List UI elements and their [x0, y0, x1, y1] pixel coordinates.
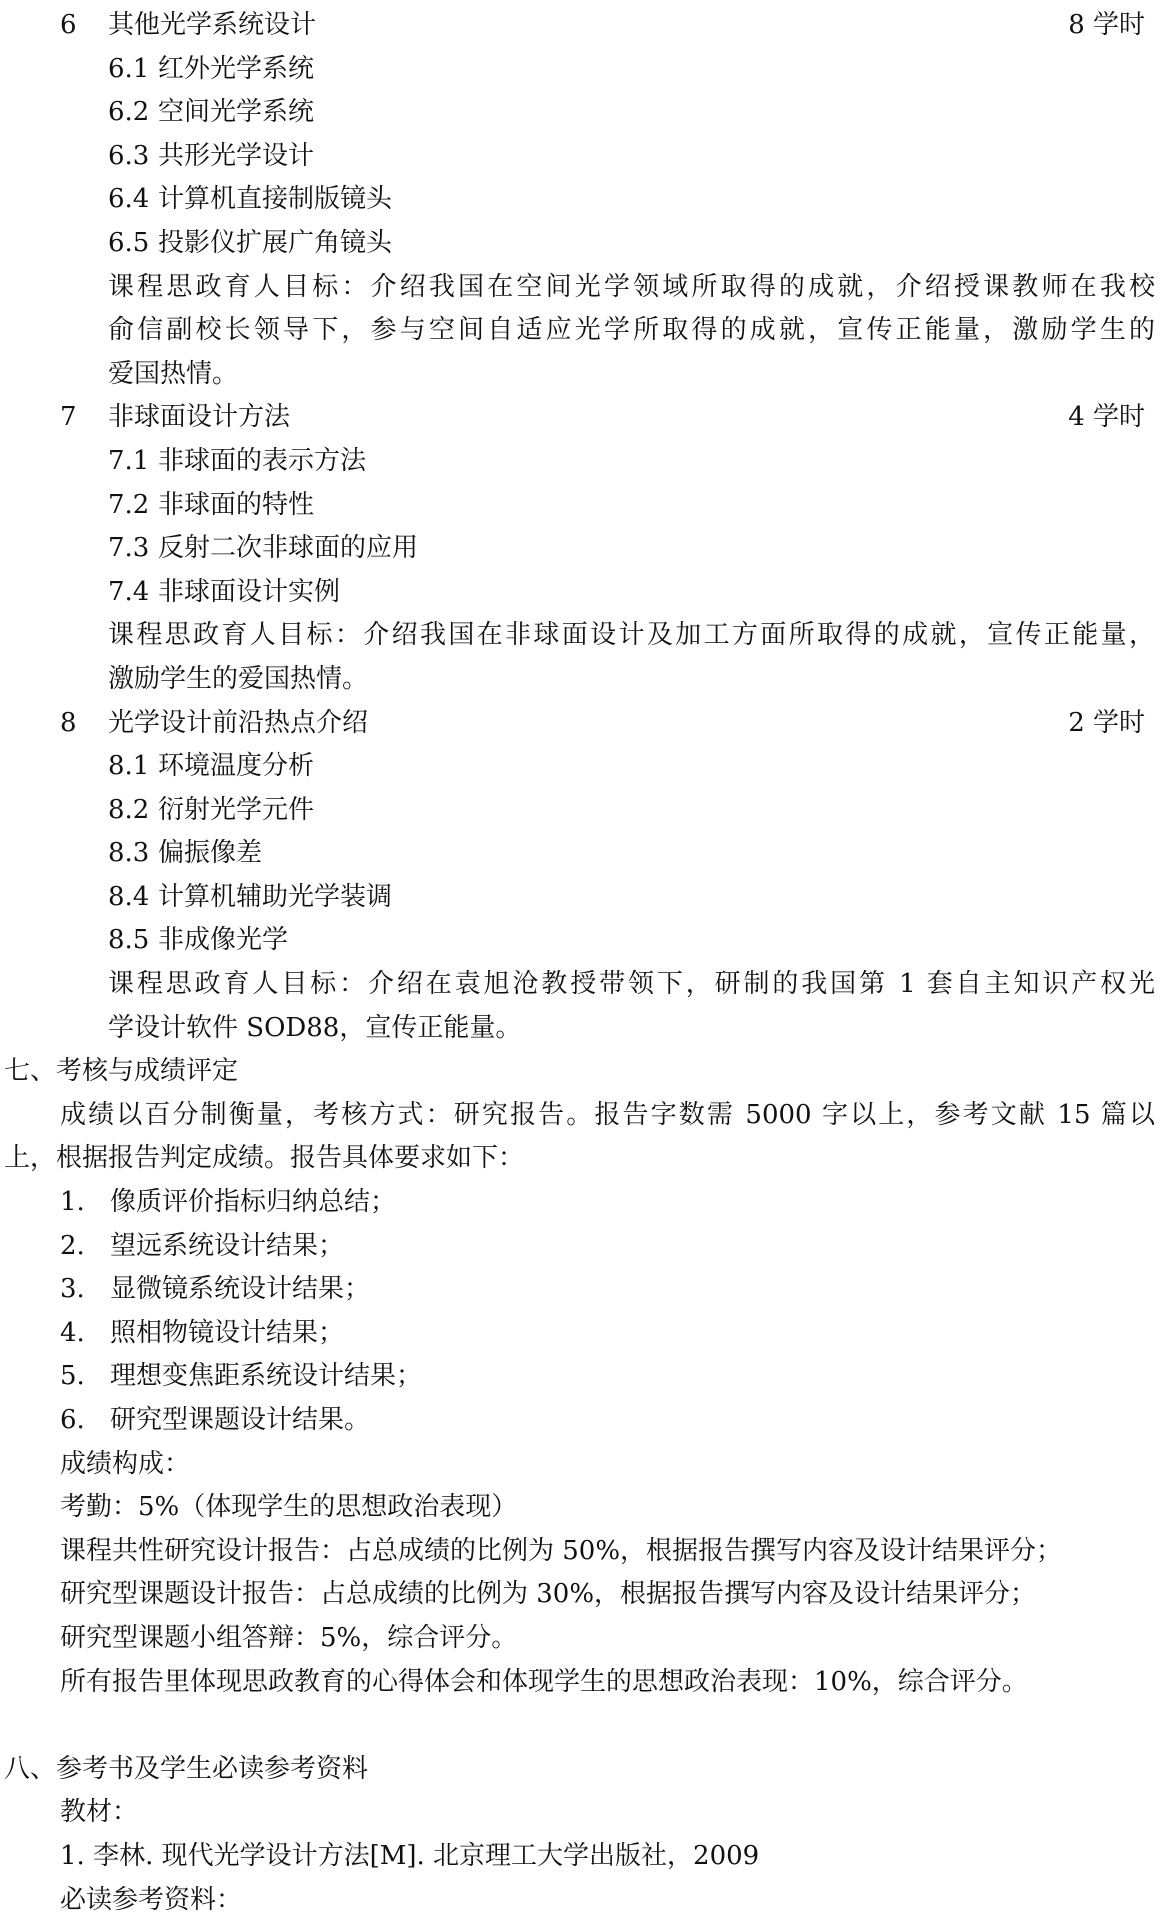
requirement-text: 像质评价指标归纳总结；	[110, 1187, 396, 1217]
spacer	[0, 1704, 1171, 1748]
goal-line: 课程思政育人目标：介绍我国在空间光学领域所取得的成就，介绍授课教师在我校	[0, 266, 1171, 310]
requirement-text: 望远系统设计结果；	[110, 1231, 344, 1261]
subsection-number: 6.4	[108, 178, 158, 222]
composition-item: 研究型课题小组答辩：5%，综合评分。	[0, 1617, 1171, 1661]
subsection-item: 8.1环境温度分析	[0, 745, 1171, 789]
requirement-item: 2.望远系统设计结果；	[0, 1225, 1171, 1269]
section-6-heading: 6其他光学系统设计 8 学时	[0, 4, 1171, 48]
subsection-item: 7.4非球面设计实例	[0, 571, 1171, 615]
subsection-number: 7.3	[108, 527, 158, 571]
goal-text: 课程思政育人目标：介绍在袁旭沧教授带领下，研制的我国第 1 套自主知识产权光	[108, 963, 1155, 1007]
section-hours: 2 学时	[1068, 702, 1145, 746]
section-number: 8	[60, 702, 108, 746]
subsection-item: 6.4计算机直接制版镜头	[0, 178, 1171, 222]
required-reading-label: 必读参考资料：	[0, 1879, 1171, 1918]
requirement-text: 研究型课题设计结果。	[110, 1405, 370, 1435]
goal-line: 激励学生的爱国热情。	[0, 658, 1171, 702]
subsection-title: 非成像光学	[158, 925, 288, 955]
subsection-number: 8.5	[108, 919, 158, 963]
subsection-number: 6.2	[108, 91, 158, 135]
requirement-item: 6.研究型课题设计结果。	[0, 1399, 1171, 1443]
subsection-number: 7.2	[108, 484, 158, 528]
subsection-title: 红外光学系统	[158, 54, 314, 84]
subsection-title: 计算机辅助光学装调	[158, 882, 392, 912]
requirement-number: 4.	[60, 1312, 110, 1356]
subsection-number: 8.3	[108, 832, 158, 876]
goal-text: 激励学生的爱国热情。	[108, 664, 368, 694]
subsection-title: 计算机直接制版镜头	[158, 184, 392, 214]
composition-item: 考勤：5%（体现学生的思想政治表现）	[0, 1486, 1171, 1530]
textbook-label: 教材：	[0, 1791, 1171, 1835]
section-title: 光学设计前沿热点介绍	[108, 708, 368, 738]
goal-line: 俞信副校长领导下，参与空间自适应光学所取得的成就，宣传正能量，激励学生的	[0, 309, 1171, 353]
section-hours: 8 学时	[1068, 4, 1145, 48]
subsection-number: 7.1	[108, 440, 158, 484]
subsection-item: 6.5投影仪扩展广角镜头	[0, 222, 1171, 266]
subsection-title: 环境温度分析	[158, 751, 314, 781]
subsection-title: 非球面的特性	[158, 490, 314, 520]
goal-line: 学设计软件 SOD88，宣传正能量。	[0, 1007, 1171, 1051]
subsection-item: 8.2衍射光学元件	[0, 789, 1171, 833]
requirement-item: 4.照相物镜设计结果；	[0, 1312, 1171, 1356]
subsection-number: 8.4	[108, 876, 158, 920]
goal-line: 课程思政育人目标：介绍在袁旭沧教授带领下，研制的我国第 1 套自主知识产权光	[0, 963, 1171, 1007]
paragraph-text: 上，根据报告判定成绩。报告具体要求如下：	[4, 1143, 524, 1173]
subsection-title: 非球面设计实例	[158, 577, 340, 607]
subsection-title: 非球面的表示方法	[158, 446, 366, 476]
requirement-text: 理想变焦距系统设计结果；	[110, 1361, 422, 1391]
goal-line: 爱国热情。	[0, 353, 1171, 397]
subsection-item: 6.1红外光学系统	[0, 48, 1171, 92]
document-page: 6其他光学系统设计 8 学时 6.1红外光学系统 6.2空间光学系统 6.3共形…	[0, 4, 1171, 1918]
subsection-item: 7.1非球面的表示方法	[0, 440, 1171, 484]
requirement-number: 5.	[60, 1355, 110, 1399]
subsection-item: 8.3偏振像差	[0, 832, 1171, 876]
subsection-title: 空间光学系统	[158, 97, 314, 127]
subsection-title: 投影仪扩展广角镜头	[158, 228, 392, 258]
goal-text: 课程思政育人目标：介绍我国在非球面设计及加工方面所取得的成就，宣传正能量，	[108, 614, 1155, 658]
section-number: 6	[60, 4, 108, 48]
goal-text: 学设计软件 SOD88，宣传正能量。	[108, 1013, 521, 1043]
composition-item: 研究型课题设计报告：占总成绩的比例为 30%，根据报告撰写内容及设计结果评分；	[0, 1573, 1171, 1617]
requirement-text: 照相物镜设计结果；	[110, 1318, 344, 1348]
section-hours: 4 学时	[1068, 396, 1145, 440]
requirement-item: 1.像质评价指标归纳总结；	[0, 1181, 1171, 1225]
subsection-item: 8.4计算机辅助光学装调	[0, 876, 1171, 920]
subsection-title: 衍射光学元件	[158, 795, 314, 825]
assessment-heading: 七、考核与成绩评定	[0, 1050, 1171, 1094]
subsection-number: 8.2	[108, 789, 158, 833]
composition-label: 成绩构成：	[0, 1443, 1171, 1487]
requirement-item: 3.显微镜系统设计结果；	[0, 1268, 1171, 1312]
subsection-title: 共形光学设计	[158, 141, 314, 171]
section-7-heading: 7非球面设计方法 4 学时	[0, 396, 1171, 440]
textbook-item: 1. 李林. 现代光学设计方法[M]. 北京理工大学出版社，2009	[0, 1835, 1171, 1879]
composition-item: 所有报告里体现思政教育的心得体会和体现学生的思想政治表现：10%，综合评分。	[0, 1661, 1171, 1705]
paragraph-text: 成绩以百分制衡量，考核方式：研究报告。报告字数需 5000 字以上，参考文献 1…	[60, 1094, 1155, 1138]
requirement-item: 5.理想变焦距系统设计结果；	[0, 1355, 1171, 1399]
goal-line: 课程思政育人目标：介绍我国在非球面设计及加工方面所取得的成就，宣传正能量，	[0, 614, 1171, 658]
subsection-item: 7.2非球面的特性	[0, 484, 1171, 528]
subsection-number: 6.1	[108, 48, 158, 92]
subsection-item: 6.2空间光学系统	[0, 91, 1171, 135]
requirement-number: 1.	[60, 1181, 110, 1225]
requirement-text: 显微镜系统设计结果；	[110, 1274, 370, 1304]
section-number: 7	[60, 396, 108, 440]
subsection-number: 6.5	[108, 222, 158, 266]
goal-text: 俞信副校长领导下，参与空间自适应光学所取得的成就，宣传正能量，激励学生的	[108, 309, 1155, 353]
assessment-intro-line: 成绩以百分制衡量，考核方式：研究报告。报告字数需 5000 字以上，参考文献 1…	[0, 1094, 1171, 1138]
subsection-item: 7.3反射二次非球面的应用	[0, 527, 1171, 571]
subsection-number: 6.3	[108, 135, 158, 179]
subsection-number: 7.4	[108, 571, 158, 615]
goal-text: 爱国热情。	[108, 359, 238, 389]
section-title: 非球面设计方法	[108, 402, 290, 432]
section-title: 其他光学系统设计	[108, 10, 316, 40]
composition-item: 课程共性研究设计报告：占总成绩的比例为 50%，根据报告撰写内容及设计结果评分；	[0, 1530, 1171, 1574]
section-8-heading: 8光学设计前沿热点介绍 2 学时	[0, 702, 1171, 746]
goal-text: 课程思政育人目标：介绍我国在空间光学领域所取得的成就，介绍授课教师在我校	[108, 266, 1155, 310]
subsection-item: 8.5非成像光学	[0, 919, 1171, 963]
requirement-number: 3.	[60, 1268, 110, 1312]
subsection-title: 反射二次非球面的应用	[158, 533, 418, 563]
subsection-title: 偏振像差	[158, 838, 262, 868]
references-heading: 八、参考书及学生必读参考资料	[0, 1748, 1171, 1792]
requirement-number: 2.	[60, 1225, 110, 1269]
subsection-number: 8.1	[108, 745, 158, 789]
assessment-intro-line: 上，根据报告判定成绩。报告具体要求如下：	[0, 1137, 1171, 1181]
requirement-number: 6.	[60, 1399, 110, 1443]
subsection-item: 6.3共形光学设计	[0, 135, 1171, 179]
